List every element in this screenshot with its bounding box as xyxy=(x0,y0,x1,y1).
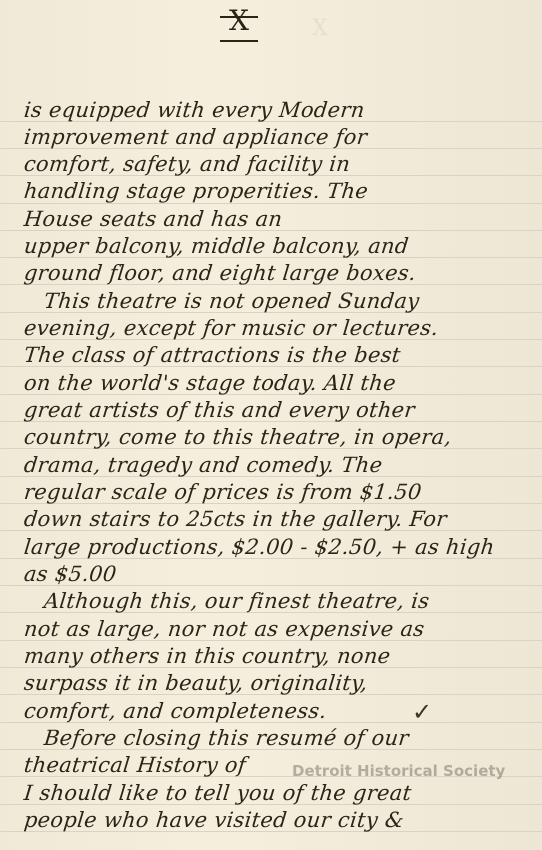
text-line: improvement and appliance for xyxy=(23,124,538,151)
text-line: down stairs to 25cts in the gallery. For xyxy=(23,506,538,533)
text-line: handling stage properities. The xyxy=(23,178,538,205)
text-line: drama, tragedy and comedy. The xyxy=(23,452,538,479)
text-line: as $5.00 xyxy=(23,561,538,588)
archive-watermark-stamp: Detroit Historical Society xyxy=(292,762,505,780)
text-line: is equipped with every Modern xyxy=(23,97,538,124)
text-line: people who have visited our city & xyxy=(23,807,538,834)
page-number: X xyxy=(214,6,264,36)
manuscript-page: X X is equipped with every Modern improv… xyxy=(0,0,542,850)
text-line: ground floor, and eight large boxes. xyxy=(23,260,538,287)
text-line: Before closing this resumé of our xyxy=(43,725,538,752)
text-line: Although this, our finest theatre, is xyxy=(43,588,538,615)
text-line: evening, except for music or lectures. xyxy=(23,315,538,342)
text-line: surpass it in beauty, originality, xyxy=(23,670,538,697)
text-line: comfort, safety, and facility in xyxy=(23,151,538,178)
text-line: not as large, nor not as expensive as xyxy=(23,616,538,643)
text-line: The class of attractions is the best xyxy=(23,342,538,369)
text-line: upper balcony, middle balcony, and xyxy=(23,233,538,260)
text-line: This theatre is not opened Sunday xyxy=(43,288,538,315)
check-mark-icon: ✓ xyxy=(412,698,432,726)
text-line: regular scale of prices is from $1.50 xyxy=(23,479,538,506)
text-line: country, come to this theatre, in opera, xyxy=(23,424,538,451)
text-line: many others in this country, none xyxy=(23,643,538,670)
text-line: great artists of this and every other xyxy=(23,397,538,424)
text-line: large productions, $2.00 - $2.50, + as h… xyxy=(23,534,538,561)
text-line: House seats and has an xyxy=(23,206,538,233)
text-line: comfort, and completeness. xyxy=(23,698,538,725)
text-line: I should like to tell you of the great xyxy=(23,780,538,807)
text-line: on the world's stage today. All the xyxy=(23,370,538,397)
bleed-through-page-number: X xyxy=(300,16,340,40)
